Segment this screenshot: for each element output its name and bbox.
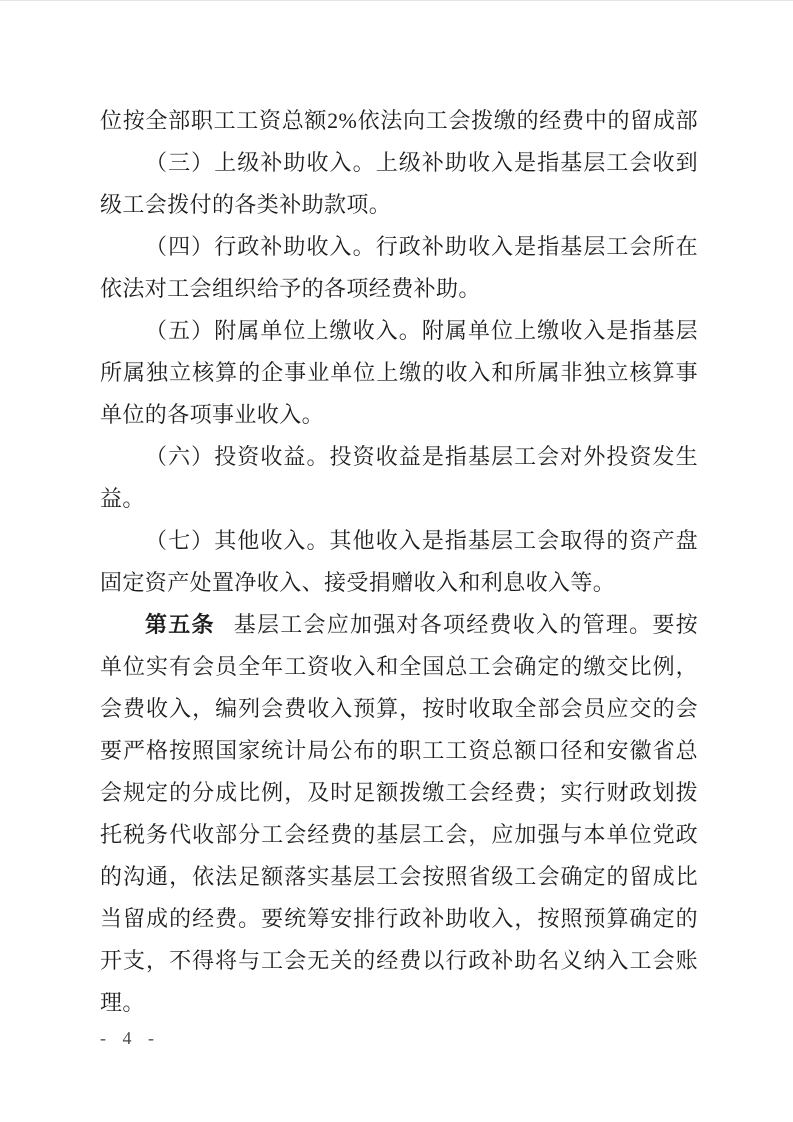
text-line: （三）上级补助收入。上级补助收入是指基层工会收到的上 [100,142,698,184]
text-line: 级工会拨付的各类补助款项。 [100,184,698,226]
text-line-article-heading: 第五条基层工会应加强对各项经费收入的管理。要按照本 [100,604,698,646]
article-body-text: 基层工会应加强对各项经费收入的管理。要按照本 [145,612,698,646]
text-line: 会规定的分成比例，及时足额拨缴工会经费；实行财政划拨或委 [100,772,698,814]
text-line: 益。 [100,478,698,520]
text-line: 要严格按照国家统计局公布的职工工资总额口径和安徽省总工 [100,730,698,772]
article-number-label: 第五条 [145,612,215,637]
text-line: 托税务代收部分工会经费的基层工会，应加强与本单位党政部门 [100,814,698,856]
document-body: 位按全部职工工资总额2%依法向工会拨缴的经费中的留成部分。 （三）上级补助收入。… [100,100,698,1024]
text-line: 单位的各项事业收入。 [100,394,698,436]
text-line: 开支，不得将与工会无关的经费以行政补助名义纳入工会账户管 [100,940,698,982]
text-line: 位按全部职工工资总额2%依法向工会拨缴的经费中的留成部分。 [100,100,698,142]
text-line: （七）其他收入。其他收入是指基层工会取得的资产盘盈、 [100,520,698,562]
scan-edge-line [0,0,793,1]
text-line: 当留成的经费。要统筹安排行政补助收入，按照预算确定的用途 [100,898,698,940]
document-page: 位按全部职工工资总额2%依法向工会拨缴的经费中的留成部分。 （三）上级补助收入。… [0,0,793,1122]
text-line: （六）投资收益。投资收益是指基层工会对外投资发生的损 [100,436,698,478]
text-line: 单位实有会员全年工资收入和全国总工会确定的缴交比例，计算 [100,646,698,688]
text-line: （五）附属单位上缴收入。附属单位上缴收入是指基层工会 [100,310,698,352]
text-line: 依法对工会组织给予的各项经费补助。 [100,268,698,310]
text-line: 的沟通，依法足额落实基层工会按照省级工会确定的留成比例应 [100,856,698,898]
text-line: 理。 [100,982,698,1024]
text-line: 固定资产处置净收入、接受捐赠收入和利息收入等。 [100,562,698,604]
text-line: （四）行政补助收入。行政补助收入是指基层工会所在单位 [100,226,698,268]
page-number: - 4 - [100,1028,160,1049]
text-line: 所属独立核算的企事业单位上缴的收入和所属非独立核算事业 [100,352,698,394]
text-line: 会费收入，编列会费收入预算，按时收取全部会员应交的会费。 [100,688,698,730]
